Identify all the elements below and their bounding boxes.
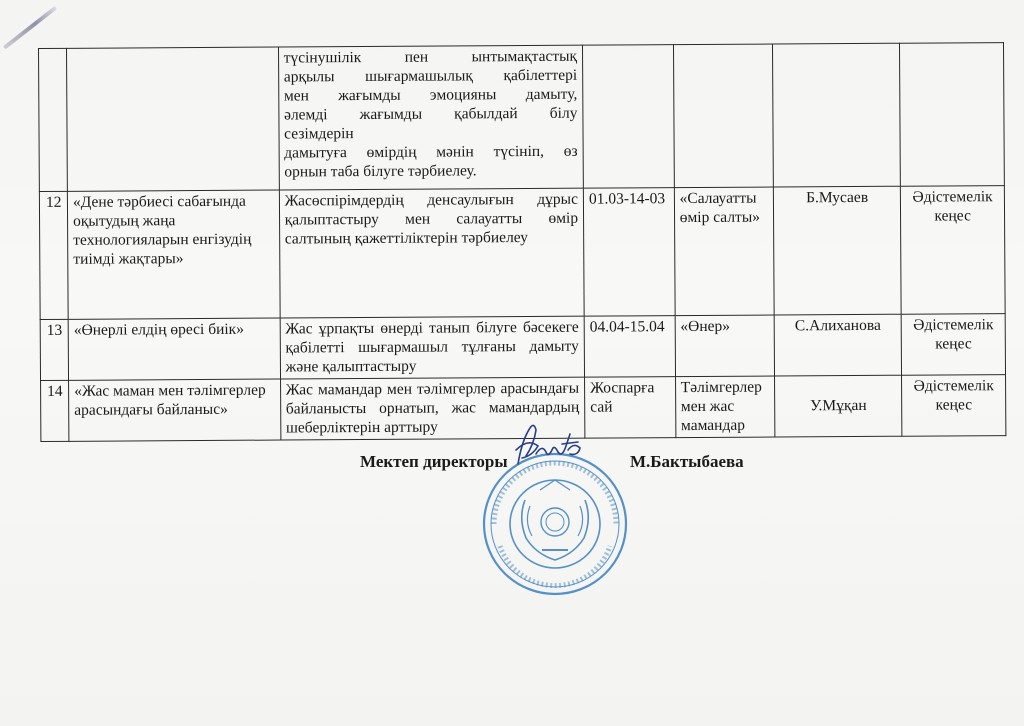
cell-outcome xyxy=(900,43,1005,187)
table-row: 13 «Өнерлі елдің өресі биік» Жас ұрпақты… xyxy=(40,314,1005,381)
signature-scribble-icon xyxy=(508,420,588,470)
cell-number: 12 xyxy=(39,191,68,319)
table-row: 12 «Дене тәрбиесі сабағында оқытудың жаң… xyxy=(39,186,1005,320)
signature-role: Мектеп директоры xyxy=(360,452,508,472)
cell-theme xyxy=(67,47,279,191)
cell-number: 13 xyxy=(40,319,68,380)
cell-dates: 01.03-14-03 xyxy=(583,188,674,317)
cell-goal: Жасөспірімдердің денсаулығын дұрыс қалып… xyxy=(279,188,584,318)
cell-goal: түсінушілік пен ынтымақтастық арқылы шығ… xyxy=(278,45,583,190)
cell-goal: Жас ұрпақты өнерді танып білуге бәсекеге… xyxy=(280,316,585,379)
cell-number: 14 xyxy=(41,380,69,441)
cell-theme: «Өнерлі елдің өресі биік» xyxy=(68,318,280,380)
scanned-page: түсінушілік пен ынтымақтастық арқылы шығ… xyxy=(0,0,1024,726)
goal-line: дамытуға өмірдің мәнін түсініп, өз xyxy=(284,142,578,163)
cell-outcome: Әдістемелік кеңес xyxy=(901,314,1005,376)
goal-line: әлемді жағымды қабылдай білу xyxy=(284,104,578,125)
cell-outcome: Әдістемелік кеңес xyxy=(901,186,1005,315)
goal-line: арқылы шығармашылық қабілеттері xyxy=(284,66,578,87)
cell-responsible: У.Мұқан xyxy=(774,375,902,437)
plan-table-wrapper: түсінушілік пен ынтымақтастық арқылы шығ… xyxy=(38,42,1006,442)
cell-responsible xyxy=(772,43,900,187)
cell-outcome: Әдістемелік кеңес xyxy=(902,375,1006,437)
cell-theme: «Дене тәрбиесі сабағында оқытудың жаңа т… xyxy=(67,190,279,319)
cell-dates xyxy=(583,45,675,189)
cell-dates: Жоспарға сай xyxy=(585,377,676,439)
cell-form: Тәлімгерлер мен жас мамандар xyxy=(675,376,775,438)
cell-form: «Өнер» xyxy=(675,315,775,377)
official-seal-icon xyxy=(480,450,630,598)
cell-number xyxy=(39,48,68,191)
cell-responsible: Б.Мусаев xyxy=(773,186,901,315)
cell-theme: «Жас маман мен тәлімгерлер арасындағы ба… xyxy=(69,379,281,441)
pencil-tip-icon xyxy=(3,6,57,50)
cell-form xyxy=(673,44,773,188)
cell-dates: 04.04-15.04 xyxy=(584,316,675,378)
cell-form: «Салауатты өмір салты» xyxy=(674,187,774,316)
signature-name: М.Бактыбаева xyxy=(630,452,744,472)
goal-line: сезімдерін xyxy=(284,123,578,144)
cell-responsible: С.Алиханова xyxy=(774,314,902,376)
goal-line: орнын таба білуге тәрбиелеу. xyxy=(284,161,578,182)
goal-line: түсінушілік пен ынтымақтастық xyxy=(284,47,578,68)
table-row-continued: түсінушілік пен ынтымақтастық арқылы шығ… xyxy=(39,43,1005,192)
plan-table: түсінушілік пен ынтымақтастық арқылы шығ… xyxy=(38,42,1006,442)
goal-line: мен жағымды эмоцияны дамыту, xyxy=(284,85,578,106)
